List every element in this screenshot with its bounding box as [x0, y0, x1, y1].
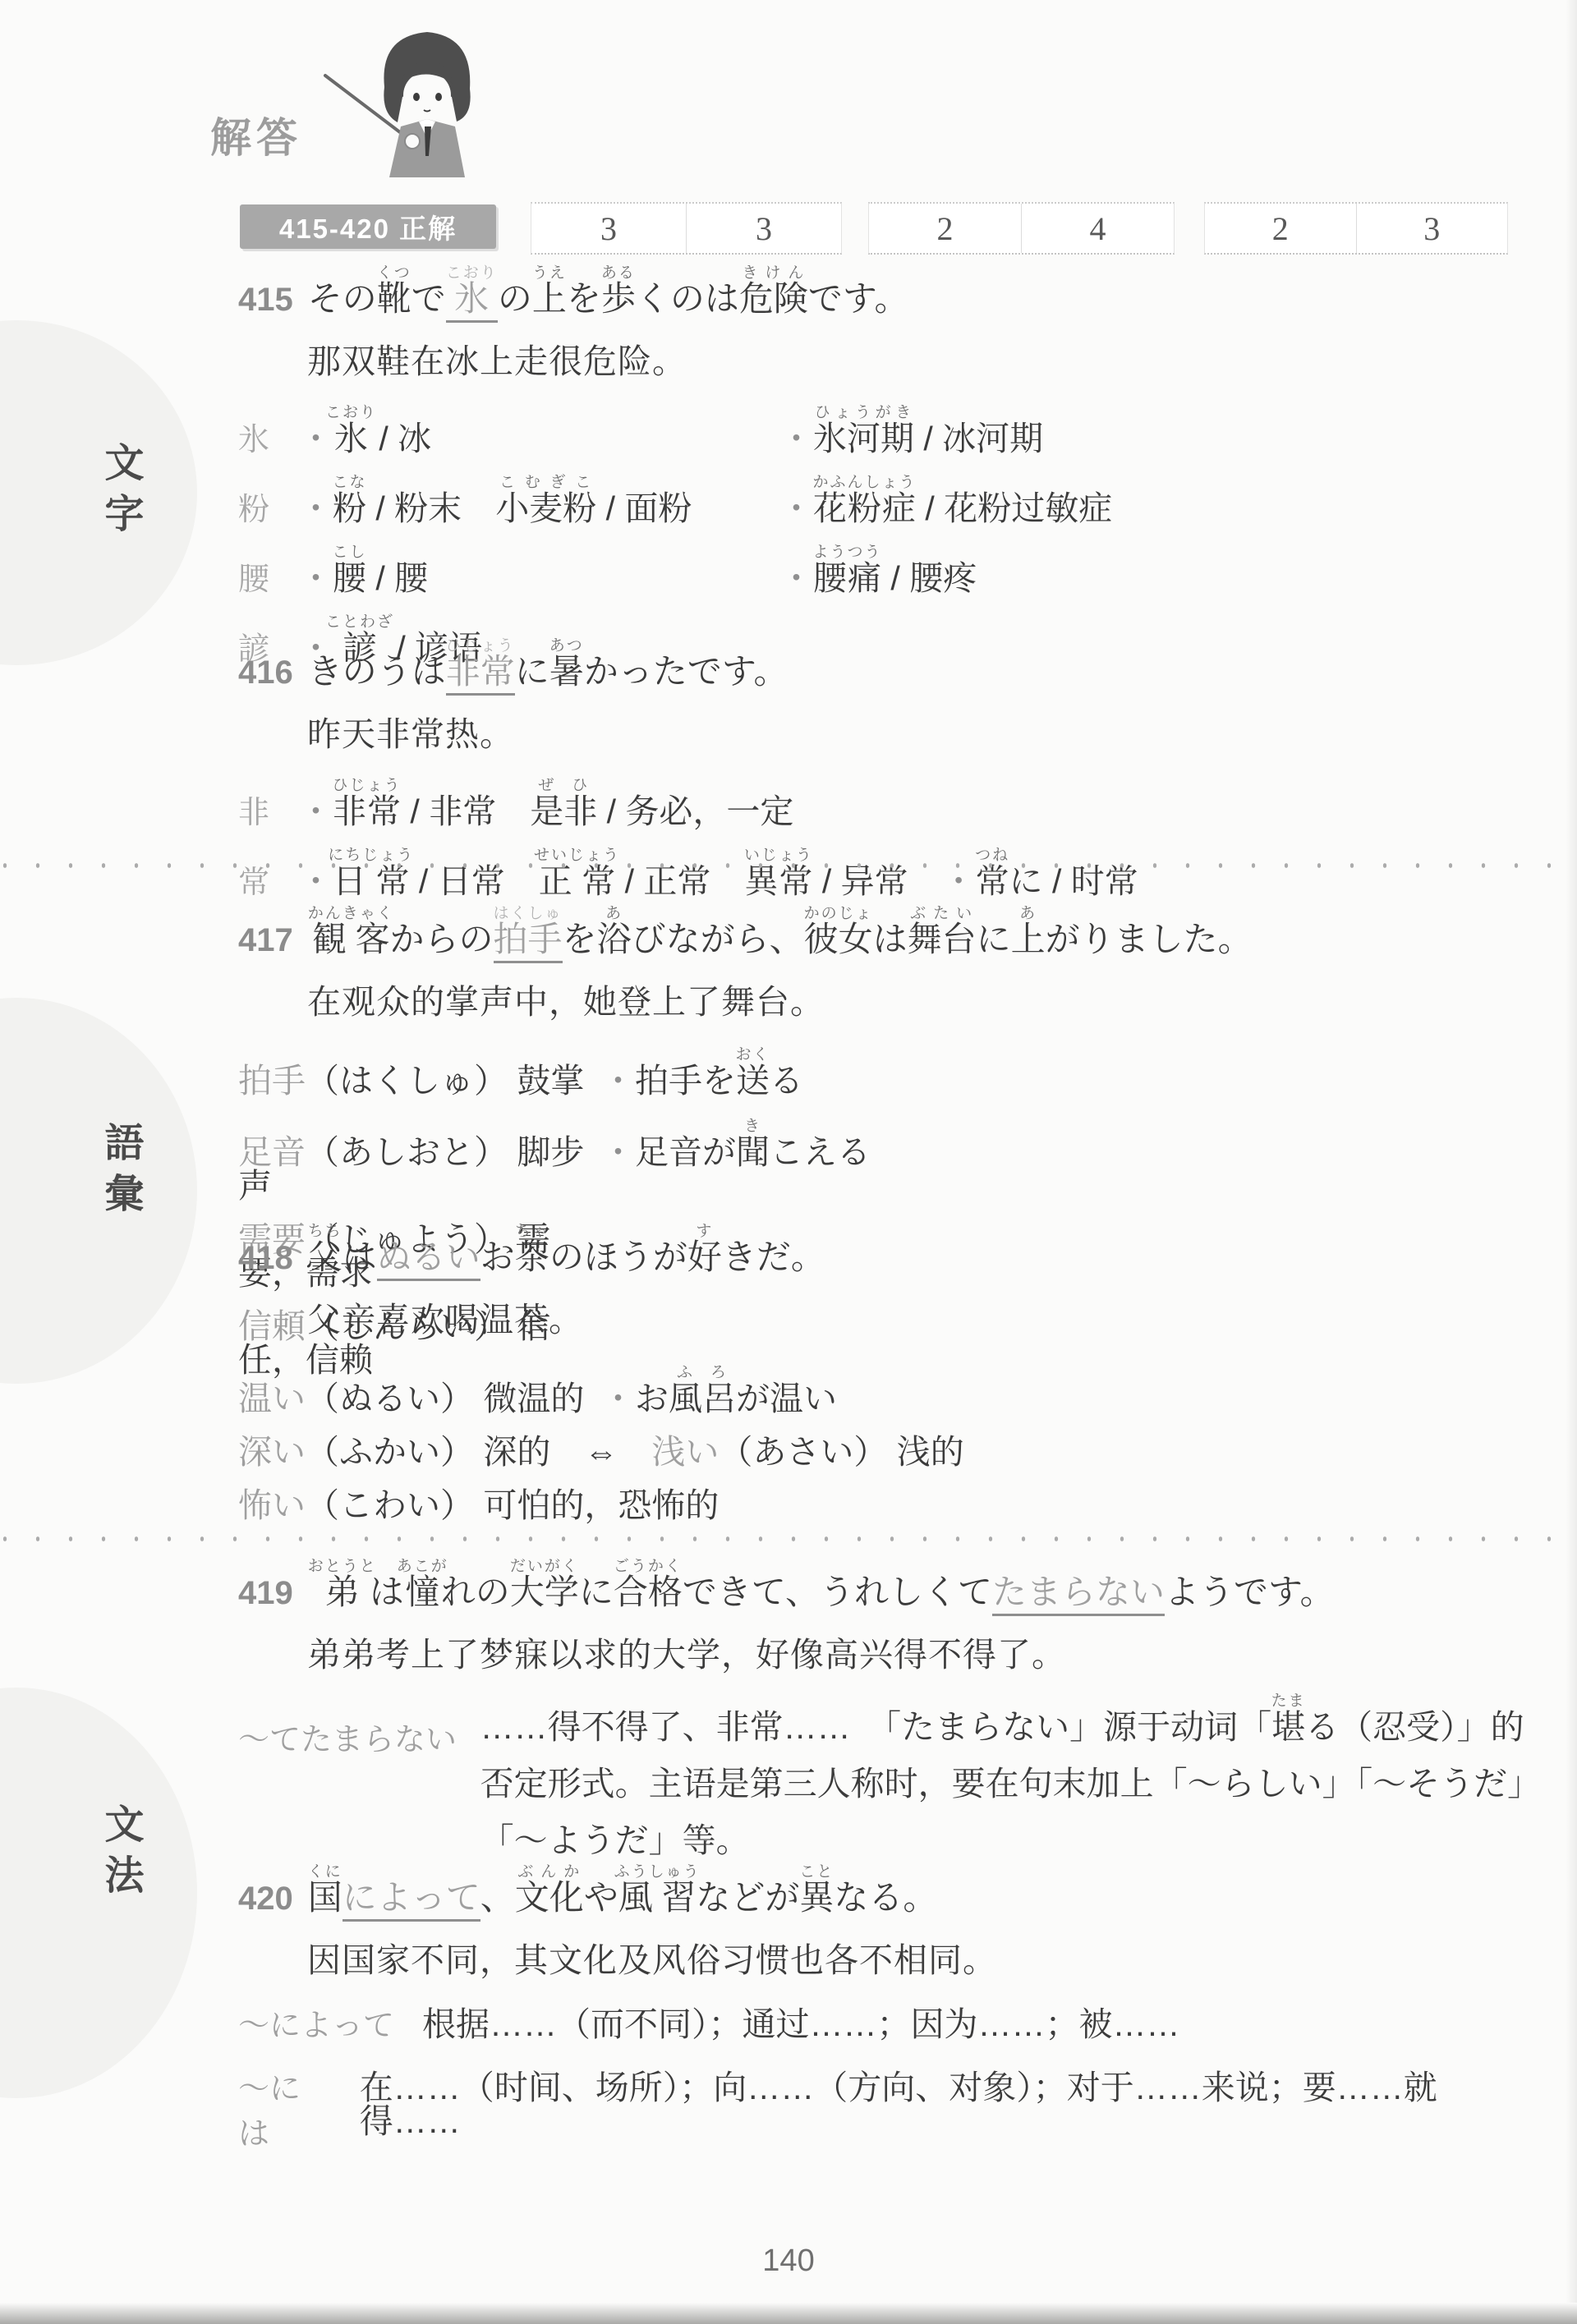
vocab-entry: ・非常ひじょう / 非常 是非ぜひ / 务必，一定 — [299, 777, 793, 829]
section-label-bunpo: 文法 — [92, 1803, 149, 1905]
vocab-entry: ・氷こおり / 冰 — [299, 404, 779, 456]
vocab-head-kanji: 粉 — [238, 494, 299, 526]
vocab-word: 拍手（はくしゅ） 鼓掌 — [238, 1064, 601, 1098]
grammar-explanation-line: 在……（时间、场所）；向……（方向、对象）；对于……来说；要……就得…… — [360, 2071, 1536, 2138]
question-number: 419 — [238, 1575, 293, 1612]
question-number: 418 — [238, 1240, 293, 1277]
section-label-goi: 語彙 — [92, 1122, 149, 1224]
grammar-pattern-label: 〜によって — [238, 2000, 394, 2045]
vocab-row: 粉 ・粉こな / 粉末 小麦粉こむぎこ / 面粉 ・花粉症かふんしょう / 花粉… — [238, 456, 1536, 526]
page-title: 解答 — [210, 105, 302, 164]
page-bottom-edge-shadow — [0, 2303, 1577, 2324]
question-416: 416 きのうは非常ひじょうに暑あつかったです。 昨天非常热。 非 ・非常ひじょ… — [238, 616, 1536, 898]
question-sentence: 父ちちはぬるいお茶ちゃのほうが好すきだ。 — [308, 1219, 825, 1281]
question-sentence: 観客かんきゃくからの拍手はくしゅを浴あびながら、彼女かのじょは舞台ぶたいに上あが… — [308, 884, 1253, 963]
vocab-row: 氷 ・氷こおり / 冰 ・氷河期ひょうがき / 冰河期 — [238, 386, 1536, 456]
question-418: 418 父ちちはぬるいお茶ちゃのほうが好すきだ。 父亲喜欢喝温茶。 温い（ぬるい… — [238, 1219, 1536, 1523]
page-number: 140 — [0, 2244, 1577, 2279]
vocab-example: ・お風呂ふろが温い — [601, 1364, 1536, 1416]
grammar-explanation-line: 「〜ようだ」等。 — [480, 1801, 1536, 1858]
vocab-entry: ・腰痛ようつう / 腰疼 — [779, 544, 1536, 595]
question-420: 420 国くにによって、文化ぶんかや風習ふうしゅうなどが異ことなる。 因国家不同… — [238, 1859, 1536, 2153]
grammar-pattern-label: 〜には — [238, 2063, 332, 2153]
vocab-example: ・拍手を送おくる — [601, 1046, 1536, 1098]
question-number: 415 — [238, 282, 293, 319]
question-number: 420 — [238, 1881, 293, 1918]
chinese-translation: 弟弟考上了梦寐以求的大学，好像高兴得不得了。 — [307, 1628, 1536, 1676]
grammar-explanation-line: ……得不得了、非常…… 「たまらない」源于动词「堪たまる（忍受）」的 — [480, 1692, 1536, 1744]
chinese-translation: 那双鞋在冰上走很危险。 — [307, 334, 1536, 383]
vocab-word: 怖い（こわい） 可怕的，恐怖的 — [238, 1489, 719, 1523]
vocab-row: 拍手（はくしゅ） 鼓掌 ・拍手を送おくる — [238, 1027, 1536, 1098]
vocab-head-kanji: 氷 — [238, 425, 299, 456]
vocab-row: 腰 ・腰こし / 腰 ・腰痛ようつう / 腰疼 — [238, 526, 1536, 595]
eye-left — [413, 93, 420, 101]
grammar-note: 〜によって 根据……（而不同）；通过……；因为……；被…… — [238, 2000, 1536, 2045]
vocab-entry: ・粉こな / 粉末 小麦粉こむぎこ / 面粉 — [299, 474, 779, 526]
page-right-edge-shadow — [1566, 0, 1577, 2324]
vocab-row: 怖い（こわい） 可怕的，恐怖的 — [238, 1469, 1536, 1523]
question-number: 416 — [238, 654, 293, 691]
answer-range-banner: 415-420 正解 — [240, 204, 496, 249]
question-sentence: きのうは非常ひじょうに暑あつかったです。 — [308, 616, 788, 696]
chinese-translation: 父亲喜欢喝温茶。 — [307, 1293, 1536, 1341]
vocab-entry: ・氷河期ひょうがき / 冰河期 — [779, 404, 1536, 456]
grammar-note: 〜てたまらない ……得不得了、非常…… 「たまらない」源于动词「堪たまる（忍受）… — [238, 1692, 1536, 1858]
textbook-answer-page: { "page_number": "140", "header": { "tit… — [0, 0, 1577, 2324]
vocab-entry: ・腰こし / 腰 — [299, 544, 779, 595]
chinese-translation: 在观众的掌声中，她登上了舞台。 — [307, 975, 1536, 1023]
vocab-head-kanji: 非 — [238, 797, 299, 829]
dotted-divider — [0, 1534, 1577, 1544]
eye-right — [435, 93, 442, 101]
vocab-row: 深い（ふかい） 深的 ⇔ 浅い（あさい） 浅的 — [238, 1416, 1536, 1469]
vocab-example: ・足音が聞きこえる — [601, 1118, 1536, 1169]
question-sentence: 国くにによって、文化ぶんかや風習ふうしゅうなどが異ことなる。 — [308, 1859, 938, 1922]
question-419: 419 弟おとうとは憧あこがれの大学だいがくに合格ごうかくできて、うれしくてたま… — [238, 1554, 1536, 1858]
question-number: 417 — [238, 922, 293, 959]
grammar-pattern-label: 〜てたまらない — [238, 1692, 480, 1858]
grammar-explanation-line: 否定形式。主语是第三人称时，要在句末加上「〜らしい」「〜そうだ」 — [480, 1744, 1536, 1801]
vocab-head-kanji: 腰 — [238, 564, 299, 595]
vocab-row: 非 ・非常ひじょう / 非常 是非ぜひ / 务必，一定 — [238, 759, 1536, 829]
question-sentence: その靴くつで氷こおりの上うえを歩あるくのは危険きけんです。 — [308, 243, 909, 323]
chinese-translation: 因国家不同，其文化及风俗习惯也各不相同。 — [307, 1933, 1536, 1982]
dotted-divider — [0, 861, 1577, 870]
vocab-word: 足音（あしおと） 脚步声 — [238, 1136, 601, 1203]
vocab-list: 非 ・非常ひじょう / 非常 是非ぜひ / 务必，一定 常 ・日常にちじょう /… — [238, 759, 1536, 898]
vocab-row: 温い（ぬるい） 微温的 ・お風呂ふろが温い — [238, 1344, 1536, 1416]
vocab-list: 温い（ぬるい） 微温的 ・お風呂ふろが温い 深い（ふかい） 深的 ⇔ 浅い（あさ… — [238, 1344, 1536, 1523]
hand — [405, 134, 420, 149]
grammar-note: 〜には 在……（时间、场所）；向……（方向、对象）；对于……来说；要……就得…… — [238, 2063, 1536, 2153]
vocab-row: 足音（あしおと） 脚步声 ・足音が聞きこえる — [238, 1098, 1536, 1203]
section-label-moji: 文字 — [92, 442, 149, 544]
vocab-word: 深い（ふかい） 深的 ⇔ 浅い（あさい） 浅的 — [238, 1435, 964, 1469]
vocab-word: 温い（ぬるい） 微温的 — [238, 1382, 601, 1416]
chinese-translation: 昨天非常热。 — [307, 707, 1536, 756]
vocab-entry: ・花粉症かふんしょう / 花粉过敏症 — [779, 474, 1536, 526]
question-sentence: 弟おとうとは憧あこがれの大学だいがくに合格ごうかくできて、うれしくてたまらないよ… — [308, 1554, 1335, 1616]
girl-teacher-illustration — [302, 21, 549, 177]
grammar-explanation-line: 根据……（而不同）；通过……；因为……；被…… — [422, 2008, 1180, 2042]
question-415: 415 その靴くつで氷こおりの上うえを歩あるくのは危険きけんです。 那双鞋在冰上… — [238, 243, 1536, 665]
